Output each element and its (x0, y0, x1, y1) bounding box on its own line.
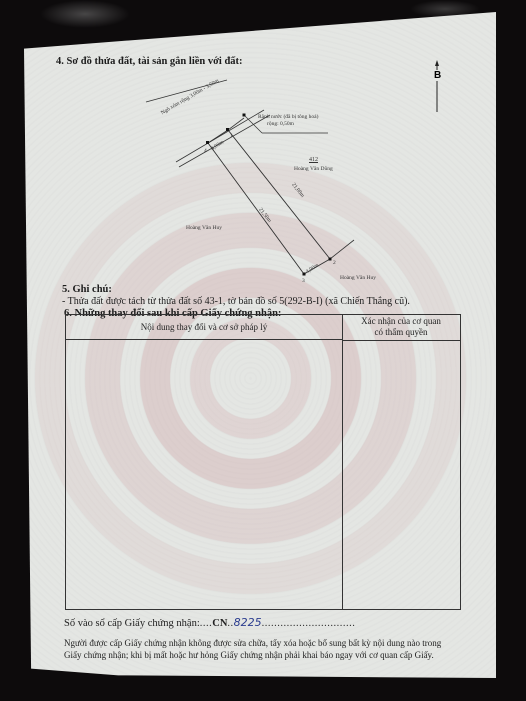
section-5-title: 5. Ghi chú: (62, 284, 112, 295)
neighbor-west: Hoàng Văn Huy (186, 225, 222, 231)
neighbor-east: Hoàng Văn Dũng (294, 166, 333, 172)
changes-content-cell (66, 339, 342, 609)
column-header-confirmation-line2: có thẩm quyền (342, 327, 460, 338)
column-header-confirmation-line1: Xác nhận của cơ quan (342, 316, 460, 327)
column-header-changes: Nội dung thay đổi và cơ sở pháp lý (66, 315, 343, 340)
canal-width: rộng: 0,50m (267, 121, 294, 127)
registration-line: Số vào sổ cấp Giấy chứng nhận:....CN..82… (64, 616, 355, 629)
footer-warning: Người được cấp Giấy chứng nhận không đượ… (64, 637, 444, 661)
parcel-diagram (24, 12, 496, 302)
section-5-note: - Thửa đất được tách từ thửa đất số 43-1… (62, 296, 410, 307)
confirmation-cell (343, 339, 460, 609)
registration-prefix: CN (212, 618, 227, 629)
point-label: 2 (333, 260, 336, 266)
changes-table: Nội dung thay đổi và cơ sở pháp lý Xác n… (65, 314, 461, 610)
point-label: 1 (230, 133, 233, 139)
certificate-page: 4. Sơ đồ thửa đất, tài sản gắn liền với … (24, 12, 496, 678)
point-label: 4 (204, 148, 207, 154)
background-glare (40, 0, 130, 28)
canal-label: Rãnh nước (đã bị tông hoá) (258, 114, 318, 120)
neighbor-parcel-number: 412 (309, 157, 318, 163)
point-label: 3 (302, 278, 305, 284)
registration-number: 8225 (234, 616, 262, 629)
registration-label: Số vào sổ cấp Giấy chứng nhận: (64, 618, 200, 629)
column-header-confirmation: Xác nhận của cơ quan có thẩm quyền (342, 315, 460, 341)
neighbor-south: Hoàng Văn Huy (340, 275, 376, 281)
